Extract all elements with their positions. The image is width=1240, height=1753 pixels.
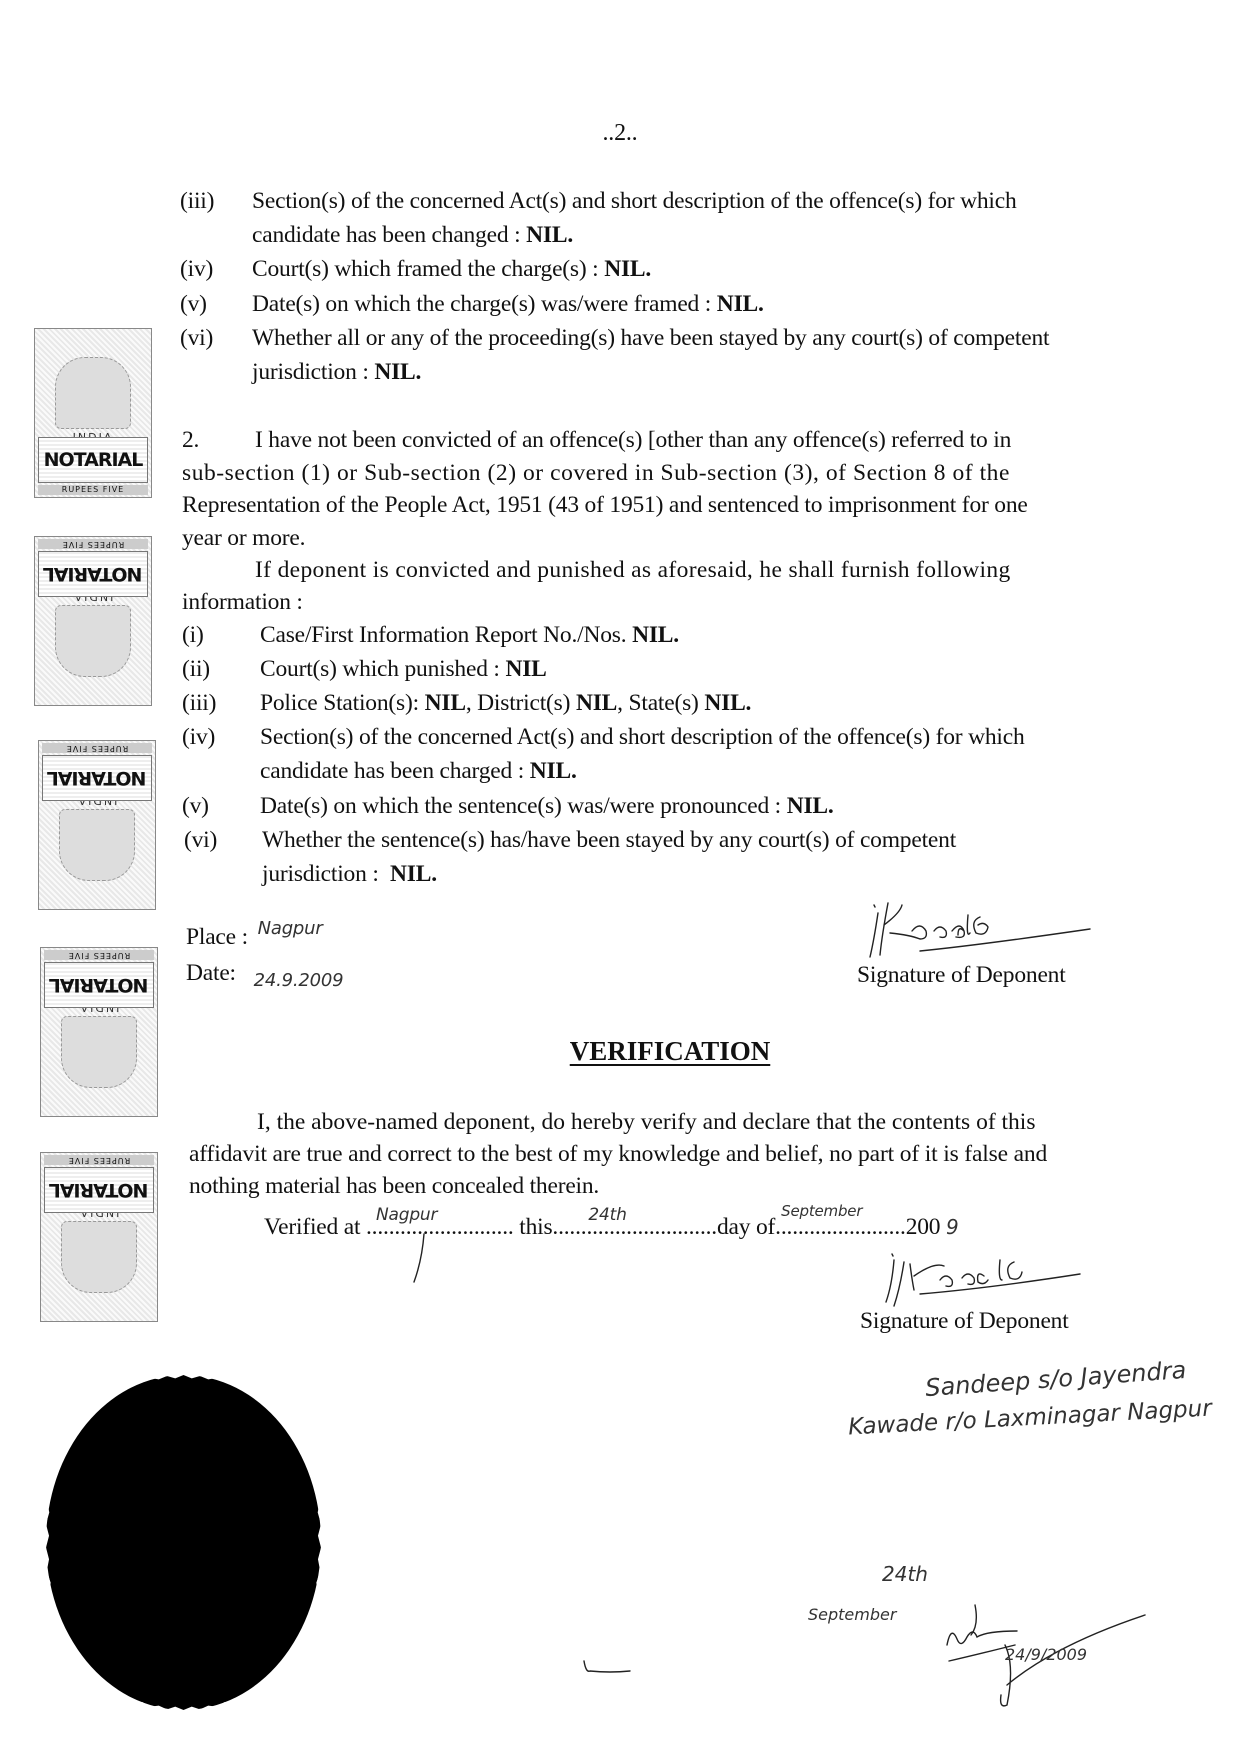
emblem-icon [59, 809, 135, 881]
notarial-stamp-4: INDIA NOTARIAL RUPEES FIVE [40, 947, 158, 1117]
stamp-label: NOTARIAL [44, 962, 154, 1008]
month-handwritten: September [781, 1196, 862, 1227]
section-2-line: I have not been convicted of an offence(… [255, 425, 1011, 456]
emblem-icon [61, 1221, 137, 1293]
this-day-handwritten: 24th [588, 1200, 626, 1231]
notarial-stamp-5: INDIA NOTARIAL RUPEES FIVE [40, 1152, 158, 1322]
notary-seal [46, 1375, 321, 1710]
place-handwritten: Nagpur [258, 918, 323, 939]
notary-day: 24th [882, 1562, 928, 1586]
page-number: ..2.. [0, 118, 1240, 149]
stamp-label: NOTARIAL [44, 1167, 154, 1213]
verification-heading: VERIFICATION [0, 1036, 1240, 1067]
year-handwritten: 9 [946, 1215, 959, 1239]
notary-signature-icon [935, 1605, 1235, 1735]
date-handwritten: 24.9.2009 [254, 970, 344, 991]
emblem-icon [55, 357, 131, 429]
emblem-icon [55, 605, 131, 677]
section-2-line: Representation of the People Act, 1951 (… [182, 490, 1028, 521]
stamp-label: NOTARIAL [38, 551, 148, 597]
verification-line: nothing material has been concealed ther… [189, 1171, 599, 1202]
signature-label: Signature of Deponent [860, 1306, 1069, 1337]
notarial-stamp-3: INDIA NOTARIAL RUPEES FIVE [38, 740, 156, 910]
handwritten-stroke-icon [410, 1230, 440, 1290]
notarial-stamp-1: INDIA NOTARIAL RUPEES FIVE [34, 328, 152, 498]
verification-line: affidavit are true and correct to the be… [189, 1139, 1047, 1170]
stamp-label: NOTARIAL [38, 437, 148, 483]
place-field: Place : Nagpur [186, 922, 323, 954]
verification-line: I, the above-named deponent, do hereby v… [257, 1107, 1035, 1138]
signature-label: Signature of Deponent [857, 960, 1066, 991]
notarial-stamp-2: INDIA NOTARIAL RUPEES FIVE [34, 536, 152, 706]
stamp-label: NOTARIAL [42, 755, 152, 801]
notary-attest-date: 24/9/2009 [1005, 1645, 1087, 1664]
date-field: Date: 24.9.2009 [186, 958, 343, 990]
notary-note-line: Kawade r/o Laxminagar Nagpur [848, 1395, 1213, 1440]
furnish-line: If deponent is convicted and punished as… [255, 555, 1011, 586]
notary-month: September [808, 1605, 896, 1624]
section-number: 2. [182, 425, 199, 456]
section-2-line: year or more. [182, 523, 305, 554]
verified-at-line: Verified at ..........................Na… [264, 1212, 959, 1243]
notary-note-line: Sandeep s/o Jayendra [924, 1356, 1187, 1402]
furnish-line: information : [182, 587, 303, 618]
verified-at-handwritten: Nagpur [376, 1200, 437, 1231]
handwritten-mark-icon [580, 1655, 640, 1685]
section-2-line: sub-section (1) or Sub-section (2) or co… [182, 458, 1010, 489]
